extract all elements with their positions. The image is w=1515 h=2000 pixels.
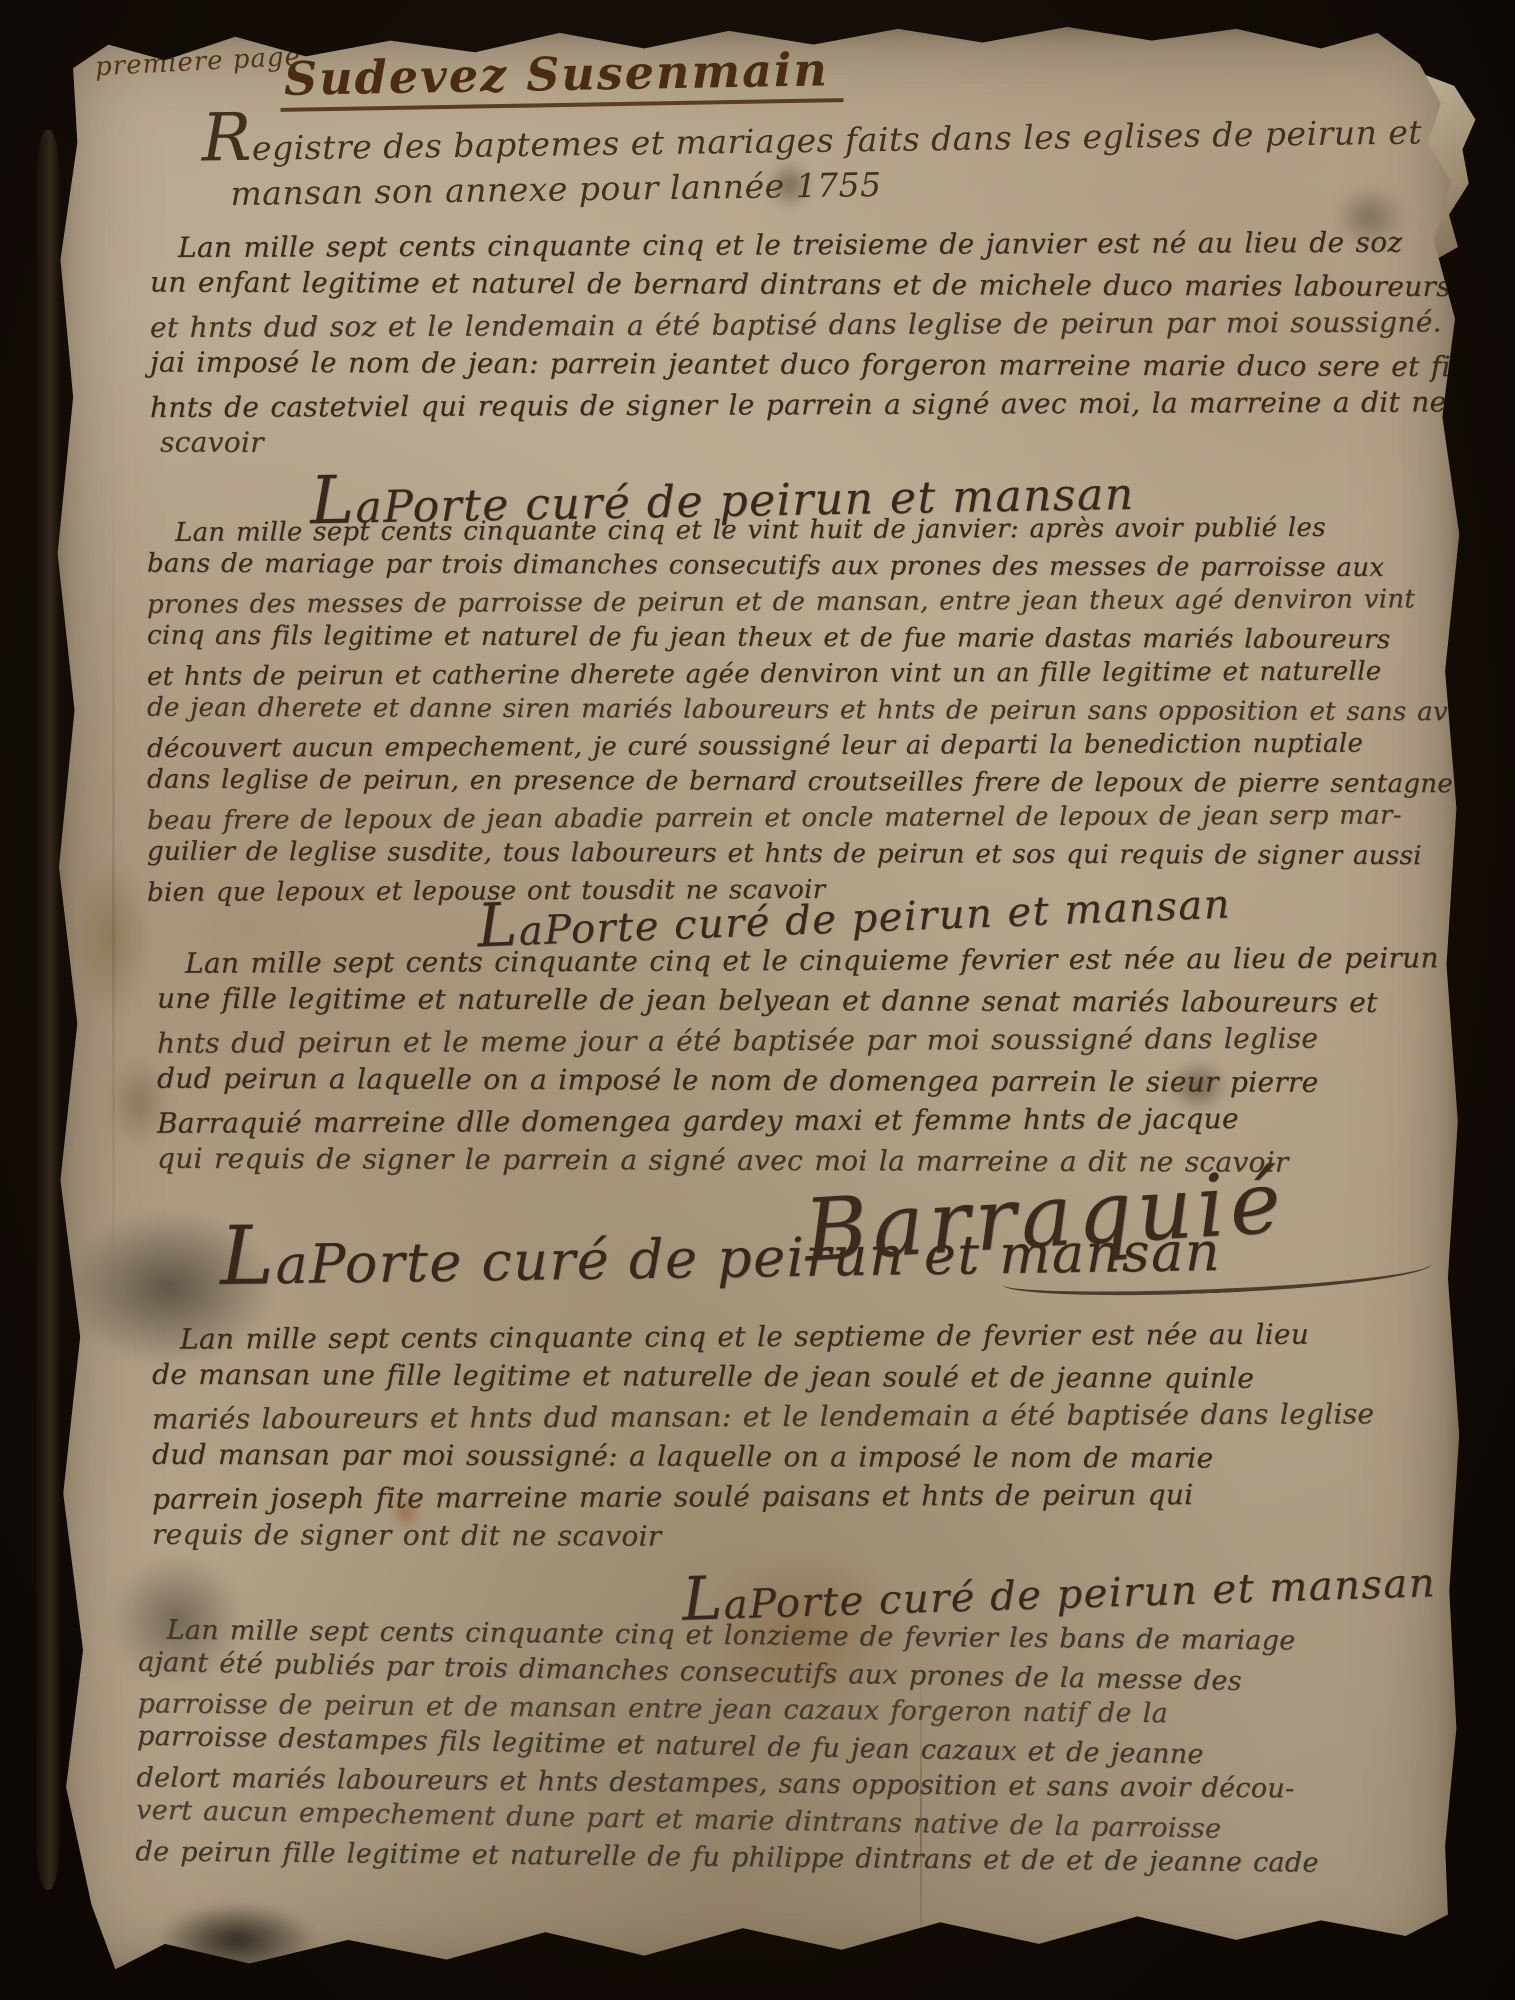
manuscript-line: Lan mille sept cents cinquante cinq et l… <box>180 1314 1374 1359</box>
register-entry: Lan mille sept cents cinquante cinq et l… <box>152 1317 1374 1557</box>
manuscript-line: dud peirun a laquelle on a imposé le nom… <box>157 1059 1439 1103</box>
register-entry: Lan mille sept cents cinquante cinq et l… <box>150 225 1515 465</box>
crease <box>112 465 115 1365</box>
manuscript-line: jai imposé le nom de jean: parrein jeant… <box>150 343 1515 388</box>
registrar-paraph: Sudevez Susenmain <box>280 42 844 112</box>
manuscript-line: prones des messes de parroisse de peirun… <box>147 581 1485 623</box>
manuscript-line: de jean dherete et danne siren mariés la… <box>147 690 1485 731</box>
manuscript-line: hnts de castetviel qui requis de signer … <box>150 382 1515 428</box>
manuscript-line: un enfant legitime et naturel de bernard… <box>150 263 1515 308</box>
manuscript-line: guilier de leglise susdite, tous laboure… <box>147 834 1485 875</box>
register-entry: Lan mille sept cents cinquante cinq et l… <box>157 941 1439 1181</box>
manuscript-line: et hnts de peirun et catherine dherete a… <box>147 653 1485 695</box>
stain <box>162 1905 312 1975</box>
under-page-edge <box>36 130 60 1890</box>
manuscript-line: Lan mille sept cents cinquante cinq et l… <box>185 938 1439 983</box>
manuscript-line: et hnts dud soz et le lendemain a été ba… <box>150 302 1515 348</box>
manuscript-line: dans leglise de peirun, en presence de b… <box>147 762 1485 803</box>
manuscript-line: dud mansan par moi soussigné: a laquelle… <box>152 1435 1374 1479</box>
manuscript-line: Lan mille sept cents cinquante cinq et l… <box>178 222 1515 268</box>
manuscript-line: découvert aucun empechement, je curé sou… <box>147 725 1485 767</box>
scan-background: { "document": { "corner_note": "premiere… <box>0 0 1515 2000</box>
manuscript-line: cinq ans fils legitime et naturel de fu … <box>147 618 1485 659</box>
manuscript-line: parrein joseph fite marreine marie soulé… <box>152 1474 1374 1519</box>
corner-note: premiere page <box>94 42 301 83</box>
manuscript-line: Lan mille sept cents cinquante cinq et l… <box>175 509 1485 551</box>
manuscript-line: beau frere de lepoux de jean abadie parr… <box>147 797 1485 839</box>
register-entry: Lan mille sept cents cinquante cinq et l… <box>135 1609 1322 1884</box>
stain <box>72 855 150 1020</box>
register-entry: Lan mille sept cents cinquante cinq et l… <box>147 512 1485 908</box>
manuscript-line: Barraquié marreine dlle domengea gardey … <box>157 1098 1439 1144</box>
manuscript-line: mariés laboureurs et hnts dud mansan: et… <box>152 1394 1374 1439</box>
manuscript-line: de mansan une fille legitime et naturell… <box>152 1355 1374 1399</box>
manuscript-line: une fille legitime et naturelle de jean … <box>157 979 1439 1023</box>
manuscript-page: premiere page Sudevez Susenmain Registre… <box>52 25 1462 1983</box>
manuscript-line: hnts dud peirun et le meme jour a été ba… <box>157 1018 1439 1064</box>
register-title: Registre des baptemes et mariages faits … <box>201 98 1423 216</box>
manuscript-line: bans de mariage par trois dimanches cons… <box>147 546 1485 587</box>
